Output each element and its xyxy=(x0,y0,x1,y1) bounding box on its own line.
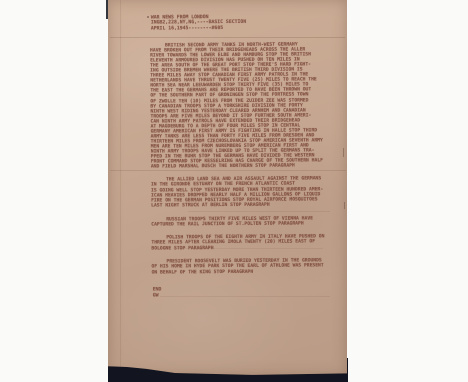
text-line: APRIL 16,1945--------#605 xyxy=(151,25,246,31)
document-photo: WAR NEWS FROM LONDONINGB2,228,NY,NG,----… xyxy=(0,0,468,382)
text-line: ON BEHALF OF THE KING STOP PARAGRAPH xyxy=(152,269,324,275)
text-line: AND FIELD MARSHAL BUSCH THE NORTHERN STO… xyxy=(151,163,323,169)
text-line: LAST NIGHT STRUCK AT BERLIN STOP PARAGRA… xyxy=(151,203,323,209)
news-paragraph-italian-front: POLISH TROOPS OF THE EIGHTH ARMY IN ITAL… xyxy=(151,234,324,251)
news-paragraph-gironde-air-assault: THE ALLIED LAND SEA AND AIR ASSAULT AGAI… xyxy=(151,176,323,209)
end-marker: END xyxy=(153,287,162,292)
backing-edge-mark xyxy=(106,0,108,19)
text-line: BOLOGNE STOP PARAGRAPH xyxy=(151,245,324,252)
news-paragraph-eastern-front: RUSSIAN TROOPS THIRTY FIVE MILES WEST OF… xyxy=(151,216,313,228)
typed-text-layer: WAR NEWS FROM LONDONINGB2,228,NY,NG,----… xyxy=(107,0,349,377)
paper-sheet: WAR NEWS FROM LONDONINGB2,228,NY,NG,----… xyxy=(108,0,347,376)
dispatch-header: WAR NEWS FROM LONDONINGB2,228,NY,NG,----… xyxy=(151,15,246,32)
text-line: CAPTURED THE RAIL JUNCTION OF ST.POLTEN … xyxy=(151,222,313,228)
operator-initials: GW xyxy=(153,293,159,298)
news-paragraph-roosevelt-funeral: PRESIDENT ROOSEVELT WAS BURIED YESTERDAY… xyxy=(151,258,323,275)
news-paragraph-western-front: BRITISH SECOND ARMY TANKS IN NORTH-WEST … xyxy=(150,42,323,169)
